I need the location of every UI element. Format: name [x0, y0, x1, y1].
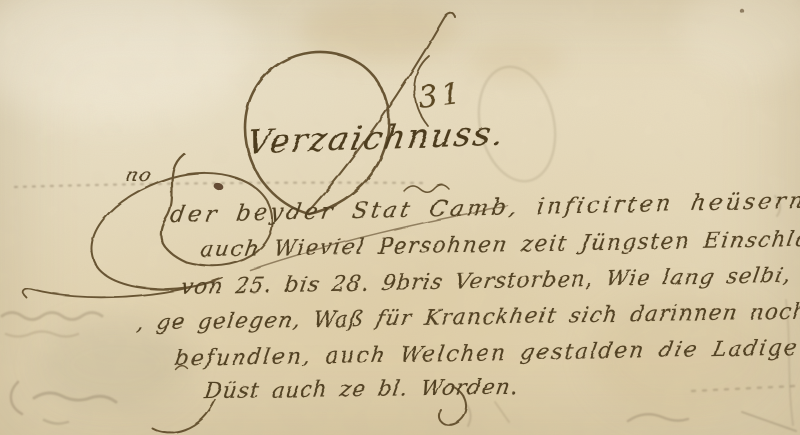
handwriting-layer: 31 Verzaichnuss. no der beyder Stat Camb… [0, 0, 800, 435]
folio-number: 31 [416, 76, 466, 116]
handwriting-line: , ge gelegen, Waß für Kranckheit sich da… [135, 299, 800, 336]
ink-blot [212, 181, 224, 191]
handwriting-line: von 25. bis 28. 9bris Verstorben, Wie la… [179, 263, 793, 300]
page-title: Verzaichnuss. [244, 114, 509, 162]
handwriting-line: auch Wieviel Persohnen zeit Jüngsten Ein… [199, 226, 800, 262]
handwriting-line: befundlen, auch Welchen gestalden die La… [173, 336, 800, 372]
paper-speck [740, 9, 744, 13]
margin-numero-label: no [124, 164, 153, 186]
handwriting-line: Düst auch ze bl. Worden. [203, 375, 521, 404]
handwriting-line: der beyder Stat Camb, inficirten heüsern [169, 188, 800, 228]
manuscript-scan: 31 Verzaichnuss. no der beyder Stat Camb… [0, 0, 800, 435]
